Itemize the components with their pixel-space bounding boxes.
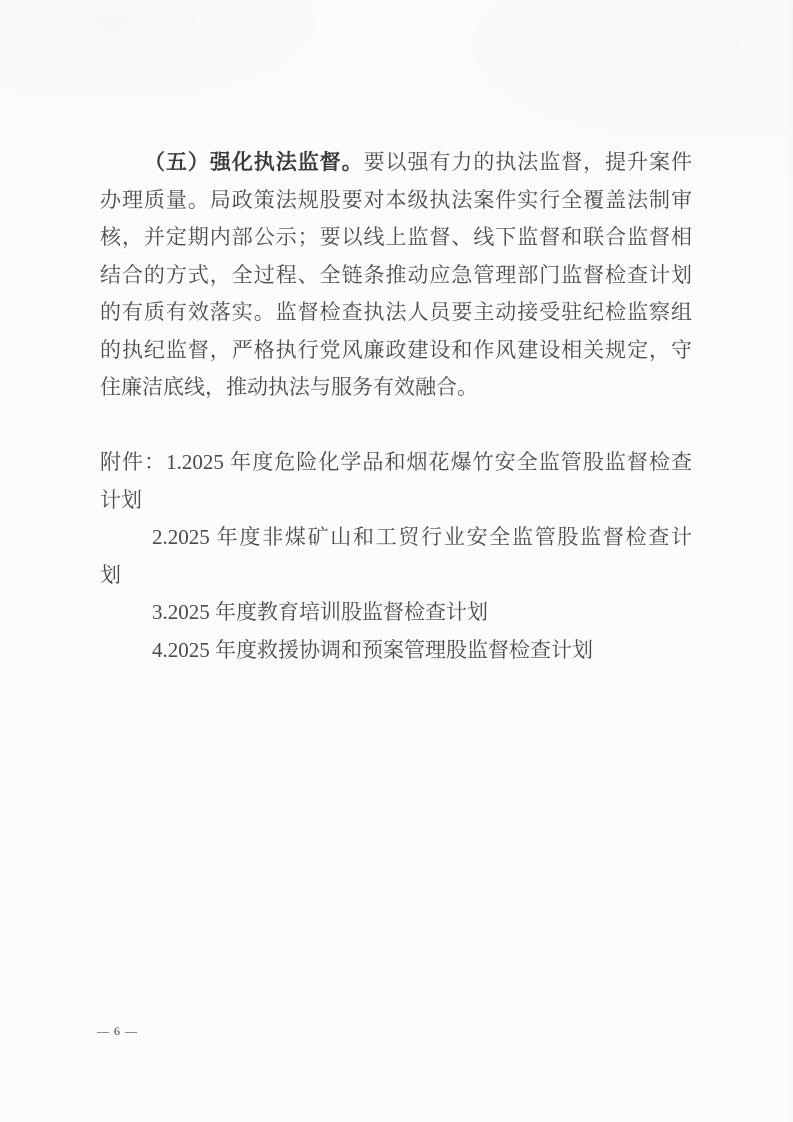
attachment-item-2-line-1: 2.2025 年度非煤矿山和工贸行业安全监管股监督检查计: [100, 519, 692, 557]
attachment-item-4: 4.2025 年度救援协调和预案管理股监督检查计划: [100, 632, 692, 670]
attachment-item-1-text: 1.2025 年度危险化学品和烟花爆竹安全监管股监督检查: [166, 450, 692, 474]
paragraph-line-1: （五）强化执法监督。要以强有力的执法监督，提升案件: [100, 144, 692, 182]
attachment-item-2-line-2: 划: [100, 557, 692, 595]
paragraph-line-1-text: 要以强有力的执法监督，提升案件: [364, 150, 692, 174]
paragraph-line-2: 办理质量。局政策法规股要对本级执法案件实行全覆盖法制审: [100, 182, 692, 220]
attachments-label: 附件：: [100, 450, 166, 474]
attachment-item-3: 3.2025 年度教育培训股监督检查计划: [100, 594, 692, 632]
section-5-paragraph: （五）强化执法监督。要以强有力的执法监督，提升案件 办理质量。局政策法规股要对本…: [100, 144, 692, 407]
attachments-block: 附件：1.2025 年度危险化学品和烟花爆竹安全监管股监督检查 计划 2.202…: [100, 444, 692, 669]
paragraph-line-3: 核，并定期内部公示；要以线上监督、线下监督和联合监督相: [100, 219, 692, 257]
page-number: — 6 —: [97, 1024, 138, 1039]
attachment-item-1-line-1: 附件：1.2025 年度危险化学品和烟花爆竹安全监管股监督检查: [100, 444, 692, 482]
paragraph-line-7: 住廉洁底线，推动执法与服务有效融合。: [100, 369, 692, 407]
document-page: （五）强化执法监督。要以强有力的执法监督，提升案件 办理质量。局政策法规股要对本…: [0, 0, 793, 1122]
paragraph-line-4: 结合的方式，全过程、全链条推动应急管理部门监督检查计划: [100, 257, 692, 295]
paragraph-line-5: 的有质有效落实。监督检查执法人员要主动接受驻纪检监察组: [100, 294, 692, 332]
paragraph-line-6: 的执纪监督，严格执行党风廉政建设和作风建设相关规定，守: [100, 332, 692, 370]
section-5-heading: （五）强化执法监督。: [144, 150, 364, 174]
attachment-item-1-line-2: 计划: [100, 482, 692, 520]
